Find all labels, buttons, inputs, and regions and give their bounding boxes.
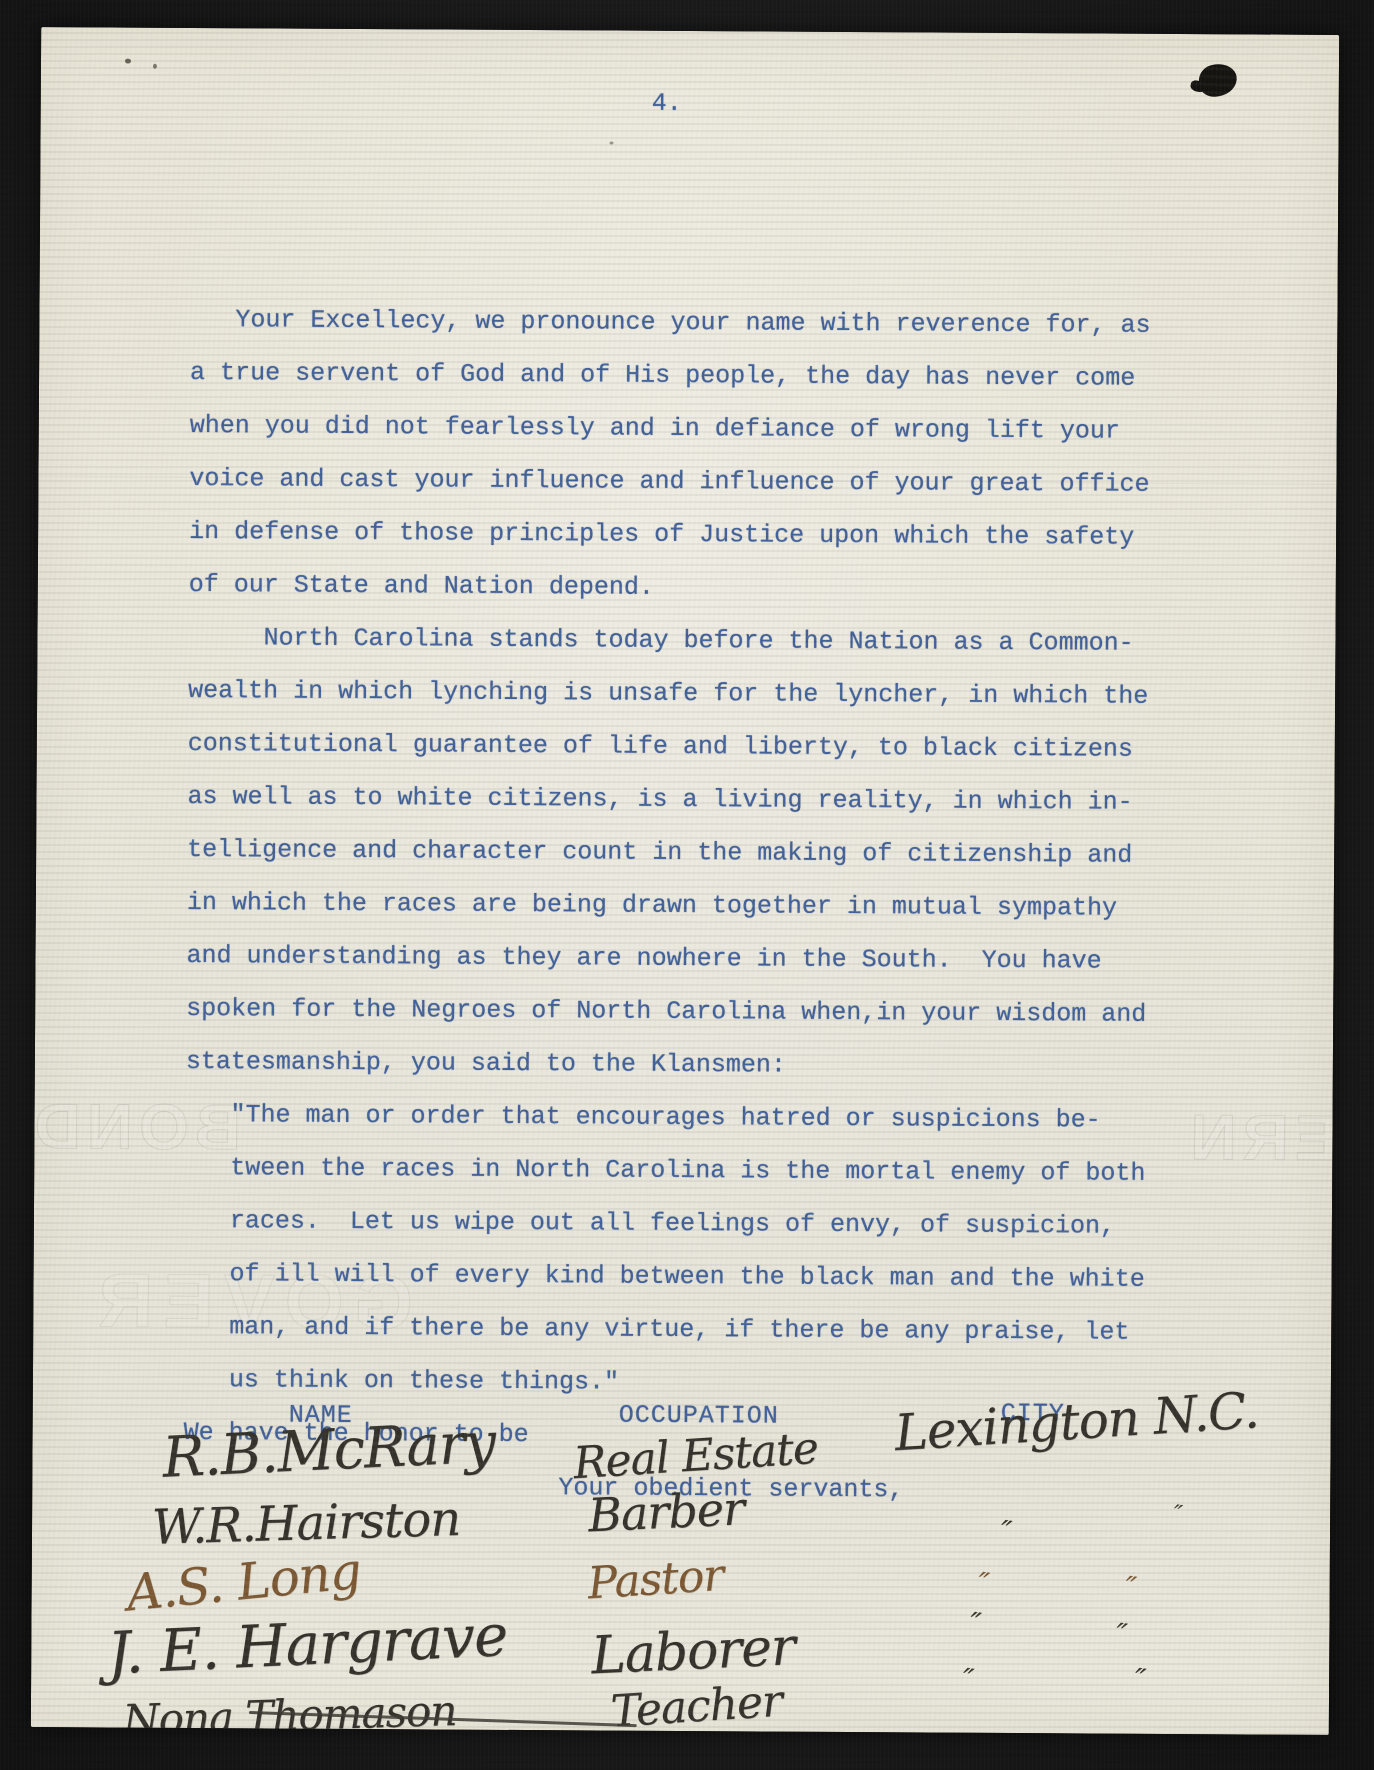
ditto-mark-city: ″ (967, 1606, 983, 1642)
typed-line: North Carolina stands today before the N… (188, 611, 1148, 670)
typed-body: Your Excellecy, we pronounce your name w… (183, 134, 1152, 1518)
watermark-govern: GOVERN (1184, 1100, 1339, 1176)
ditto-mark-city: ″ (960, 1662, 976, 1698)
ditto-mark-city: ″ (998, 1514, 1014, 1550)
ink-blot (1197, 62, 1239, 99)
signature-name-thomason: Nona Thomason (122, 1686, 457, 1735)
paper-speck (609, 142, 613, 145)
typed-line: "The man or order that encourages hatred… (185, 1088, 1145, 1147)
ditto-mark-city: ″ (1171, 1500, 1184, 1529)
typed-line: tween the races in North Carolina is the… (185, 1141, 1145, 1200)
paper-speck (153, 64, 157, 69)
typed-line: voice and cast your influence and influe… (189, 452, 1149, 511)
typed-line: telligence and character count in the ma… (187, 823, 1147, 882)
typed-line: Your Excellecy, we pronounce your name w… (190, 293, 1150, 352)
typed-line: spoken for the Negroes of North Carolina… (186, 982, 1146, 1041)
paper-speck (125, 59, 131, 64)
typed-line: races. Let us wipe out all feelings of e… (185, 1194, 1145, 1253)
ditto-mark-city: ″ (1122, 1570, 1138, 1606)
signature-occupation-barber: Barber (587, 1481, 745, 1542)
typed-line: a true servent of God and of His people,… (190, 346, 1150, 405)
typed-line: wealth in which lynching is unsafe for t… (188, 664, 1148, 723)
typed-line: as well as to white citizens, is a livin… (187, 770, 1147, 829)
typed-line: statesmanship, you said to the Klansmen: (186, 1035, 1146, 1094)
typed-line: of our State and Nation depend. (189, 558, 1149, 617)
typed-line: in which the races are being drawn toget… (187, 876, 1147, 935)
signature-occupation-pastor: Pastor (586, 1550, 725, 1610)
typed-line: and understanding as they are nowhere in… (186, 929, 1146, 988)
typed-line: man, and if there be any virtue, if ther… (184, 1300, 1144, 1359)
typed-line: of ill will of every kind between the bl… (184, 1247, 1144, 1306)
typed-line: constitutional guarantee of life and lib… (188, 717, 1148, 776)
ditto-mark-city: ″ (1132, 1662, 1148, 1698)
ditto-mark-city: ″ (1113, 1617, 1129, 1653)
ditto-mark-city: ″ (975, 1566, 991, 1602)
typed-line: in defense of those principles of Justic… (189, 505, 1149, 564)
paper-page: BOND GOVERN GOVER 4. Your Excellecy, we … (31, 27, 1339, 1735)
typed-line: when you did not fearlessly and in defia… (190, 399, 1150, 458)
photo-mat: BOND GOVERN GOVER 4. Your Excellecy, we … (0, 0, 1374, 1770)
page-number: 4. (652, 89, 682, 118)
